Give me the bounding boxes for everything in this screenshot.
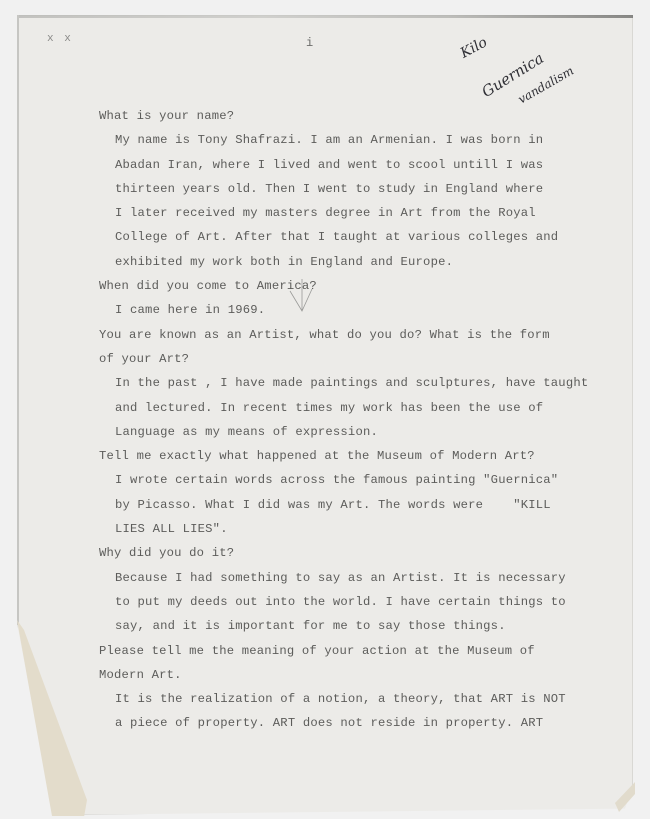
interview-question: of your Art? — [99, 347, 599, 371]
interview-answer: Abadan Iran, where I lived and went to s… — [99, 153, 599, 177]
interview-answer: It is the realization of a notion, a the… — [99, 687, 599, 711]
interview-answer: to put my deeds out into the world. I ha… — [99, 590, 599, 614]
interview-answer: My name is Tony Shafrazi. I am an Armeni… — [99, 128, 599, 152]
interview-question: When did you come to America? — [99, 274, 599, 298]
page-top-edge — [17, 15, 633, 18]
interview-answer: I came here in 1969. — [99, 298, 599, 322]
interview-answer: and lectured. In recent times my work ha… — [99, 396, 599, 420]
interview-answer: Because I had something to say as an Art… — [99, 566, 599, 590]
interview-question: Why did you do it? — [99, 541, 599, 565]
interview-answer: thirteen years old. Then I went to study… — [99, 177, 599, 201]
interview-answer: a piece of property. ART does not reside… — [99, 711, 599, 735]
interview-transcript: What is your name?My name is Tony Shafra… — [99, 104, 599, 736]
page-left-edge — [17, 15, 19, 625]
interview-answer: College of Art. After that I taught at v… — [99, 225, 599, 249]
interview-answer: say, and it is important for me to say t… — [99, 614, 599, 638]
interview-question: Tell me exactly what happened at the Mus… — [99, 444, 599, 468]
interview-question: Please tell me the meaning of your actio… — [99, 639, 599, 663]
interview-question: What is your name? — [99, 104, 599, 128]
scanned-document: x x i Kilo Guernica vandalism What is yo… — [0, 0, 650, 819]
interview-answer: exhibited my work both in England and Eu… — [99, 250, 599, 274]
interview-answer: by Picasso. What I did was my Art. The w… — [99, 493, 599, 517]
interview-answer: I wrote certain words across the famous … — [99, 468, 599, 492]
interview-answer: In the past , I have made paintings and … — [99, 371, 599, 395]
interview-answer: LIES ALL LIES". — [99, 517, 599, 541]
interview-question: You are known as an Artist, what do you … — [99, 323, 599, 347]
interview-answer: I later received my masters degree in Ar… — [99, 201, 599, 225]
page-number: i — [306, 36, 313, 50]
interview-answer: Language as my means of expression. — [99, 420, 599, 444]
corner-mark: x x — [47, 33, 73, 45]
interview-question: Modern Art. — [99, 663, 599, 687]
